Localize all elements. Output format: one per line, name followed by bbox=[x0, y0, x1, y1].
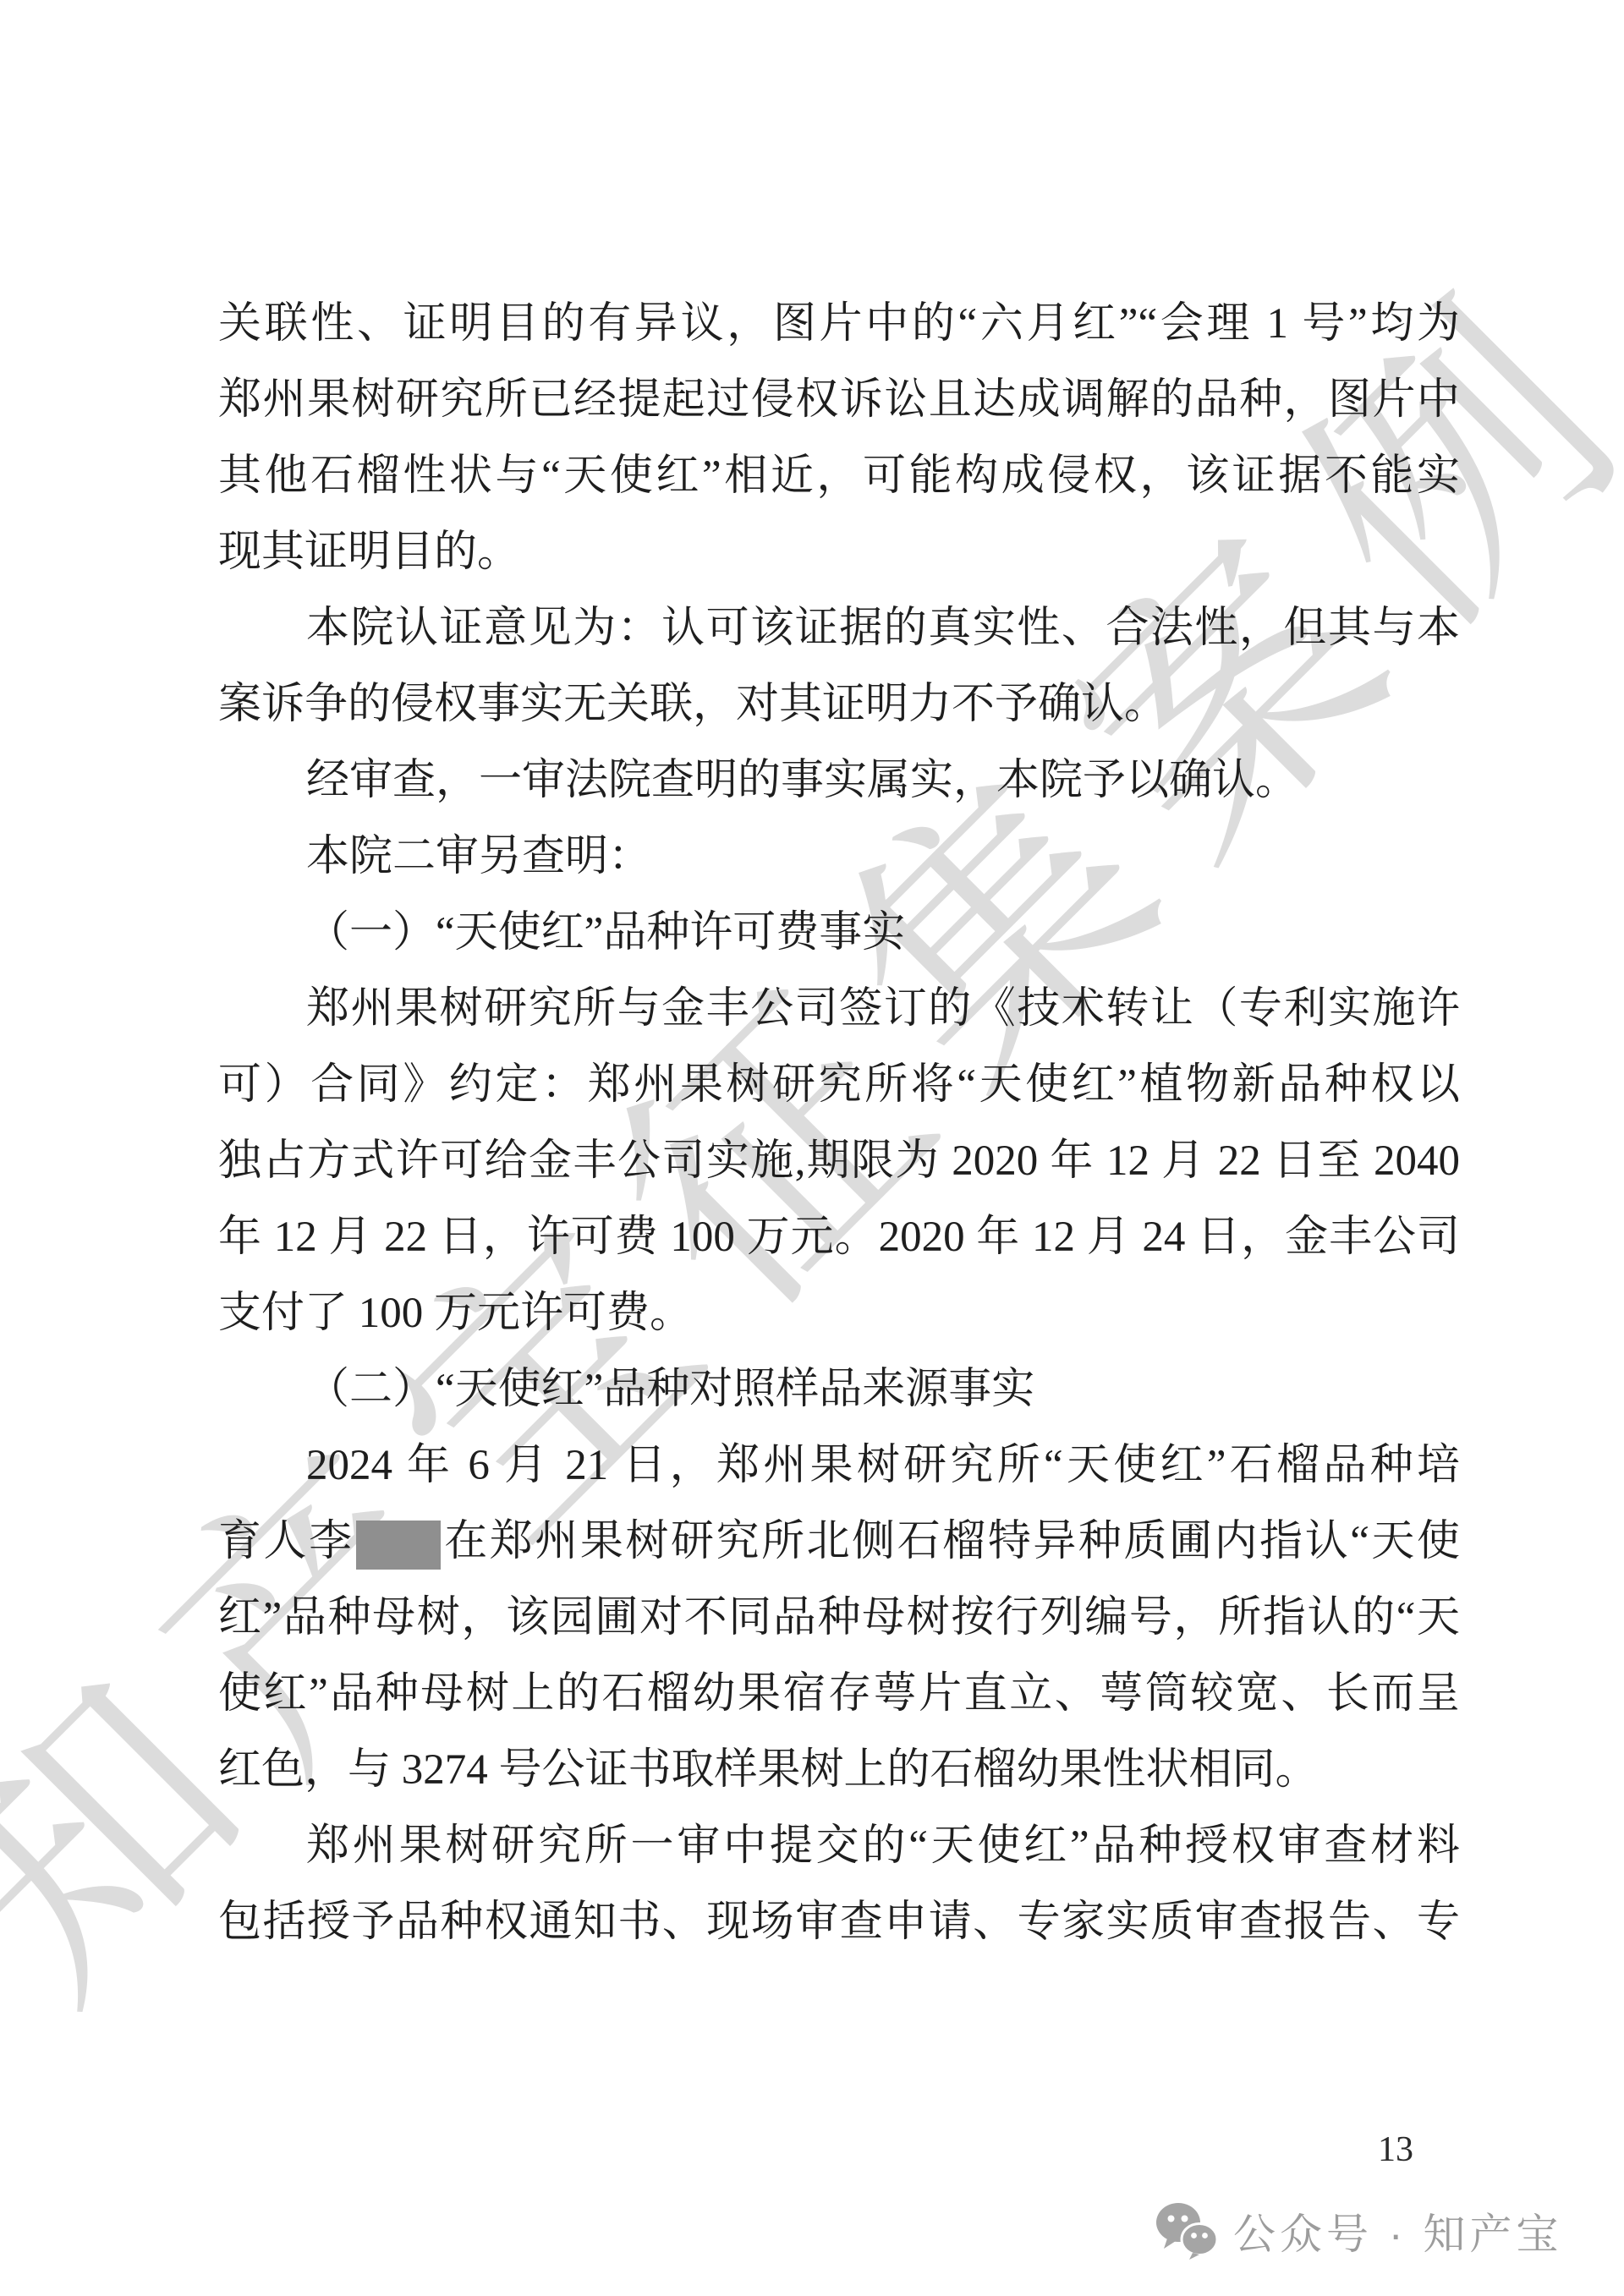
text-line: 现其证明目的。 bbox=[218, 514, 1460, 590]
document-page: 知产宝征集案例 关联性、证明目的有异议，图片中的“六月红”“会理 1 号”均为 … bbox=[0, 0, 1624, 2296]
text-line: 2024 年 6 月 21 日，郑州果树研究所“天使红”石榴品种培 bbox=[218, 1427, 1460, 1504]
text-line: 其他石榴性状与“天使红”相近，可能构成侵权，该证据不能实 bbox=[218, 438, 1460, 514]
text-line: 可）合同》约定：郑州果树研究所将“天使红”植物新品种权以 bbox=[218, 1047, 1460, 1123]
text-line: 郑州果树研究所已经提起过侵权诉讼且达成调解的品种，图片中 bbox=[218, 362, 1460, 438]
text-line: 红”品种母树，该园圃对不同品种母树按行列编号，所指认的“天 bbox=[218, 1580, 1460, 1656]
text-line: 本院二审另查明： bbox=[218, 819, 1460, 895]
text-line: （二）“天使红”品种对照样品来源事实 bbox=[218, 1351, 1460, 1427]
text-line: 经审查，一审法院查明的事实属实，本院予以确认。 bbox=[218, 743, 1460, 819]
text-line-redacted: 育人李在郑州果树研究所北侧石榴特异种质圃内指认“天使 bbox=[218, 1504, 1460, 1580]
text-line: 本院认证意见为：认可该证据的真实性、合法性，但其与本 bbox=[218, 590, 1460, 666]
footer: 公众号 · 知产宝 bbox=[1155, 2197, 1562, 2265]
footer-account-label: 公众号 · 知产宝 bbox=[1233, 2200, 1562, 2261]
text-line: （一）“天使红”品种许可费事实 bbox=[218, 895, 1460, 971]
text-line: 案诉争的侵权事实无关联，对其证明力不予确认。 bbox=[218, 666, 1460, 743]
text-line: 郑州果树研究所与金丰公司签订的《技术转让（专利实施许 bbox=[218, 971, 1460, 1047]
redaction-box bbox=[356, 1521, 441, 1570]
text-line: 红色，与 3274 号公证书取样果树上的石榴幼果性状相同。 bbox=[218, 1732, 1460, 1808]
text-line: 包括授予品种权通知书、现场审查申请、专家实质审查报告、专 bbox=[218, 1884, 1460, 1960]
page-number: 13 bbox=[1315, 2124, 1476, 2175]
text-before-redaction: 育人李 bbox=[218, 1518, 354, 1565]
text-line: 郑州果树研究所一审中提交的“天使红”品种授权审查材料 bbox=[218, 1808, 1460, 1884]
text-line: 使红”品种母树上的石榴幼果宿存萼片直立、萼筒较宽、长而呈 bbox=[218, 1656, 1460, 1732]
body-text: 关联性、证明目的有异议，图片中的“六月红”“会理 1 号”均为 郑州果树研究所已… bbox=[218, 286, 1460, 1960]
text-line: 支付了 100 万元许可费。 bbox=[218, 1275, 1460, 1351]
text-after-redaction: 在郑州果树研究所北侧石榴特异种质圃内指认“天使 bbox=[442, 1518, 1460, 1565]
text-line: 年 12 月 22 日，许可费 100 万元。2020 年 12 月 24 日，… bbox=[218, 1199, 1460, 1275]
text-line: 独占方式许可给金丰公司实施,期限为 2020 年 12 月 22 日至 2040 bbox=[218, 1123, 1460, 1199]
text-line: 关联性、证明目的有异议，图片中的“六月红”“会理 1 号”均为 bbox=[218, 286, 1460, 362]
wechat-icon bbox=[1155, 2201, 1220, 2260]
